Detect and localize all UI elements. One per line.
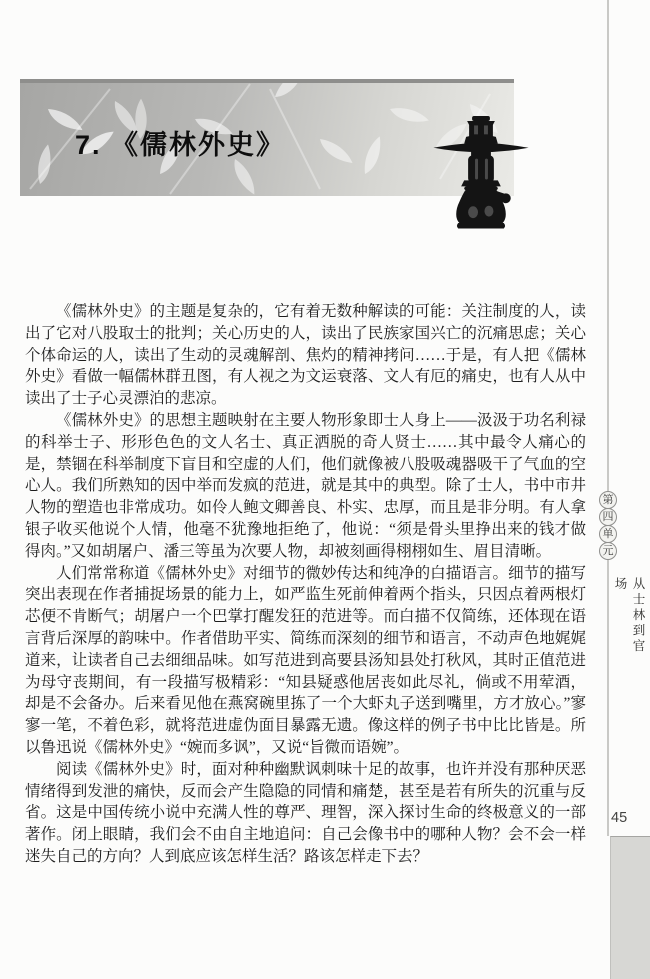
unit-badge-char: 单 xyxy=(599,525,617,543)
unit-badge: 第 四 单 元 xyxy=(599,491,617,559)
unit-badge-char: 第 xyxy=(599,491,617,509)
unit-badge-char: 元 xyxy=(599,542,617,560)
unit-badge-char: 四 xyxy=(599,508,617,526)
banner-top-strip xyxy=(20,79,514,83)
textbook-page: 7. 《儒林外史》 《儒林外史》的主题是复杂的 xyxy=(0,0,650,979)
article-text: 《儒林外史》的主题是复杂的，它有着无数种解读的可能：关注制度的人，读出了它对八股… xyxy=(25,301,586,868)
paragraph-4: 阅读《儒林外史》时，面对种种幽默讽刺味十足的故事，也许并没有那种厌恶情绪得到发泄… xyxy=(25,759,586,868)
lesson-title: 7. 《儒林外史》 xyxy=(75,123,285,162)
margin-rule-line xyxy=(607,0,609,836)
paragraph-3: 人们常常称道《儒林外史》对细节的微妙传达和纯净的白描语言。细节的描写突出表现在作… xyxy=(25,563,586,759)
unit-section-title: 从士林到官场 xyxy=(611,577,647,667)
paragraph-2: 《儒林外史》的思想主题映射在主要人物形象即士人身上——汲汲于功名利禄的科举士子、… xyxy=(25,410,586,563)
page-number: 45 xyxy=(611,810,627,826)
page-edge-bar xyxy=(610,836,650,979)
paragraph-1: 《儒林外史》的主题是复杂的，它有着无数种解读的可能：关注制度的人，读出了它对八股… xyxy=(25,301,586,410)
kerosene-lamp-illustration xyxy=(430,116,532,230)
